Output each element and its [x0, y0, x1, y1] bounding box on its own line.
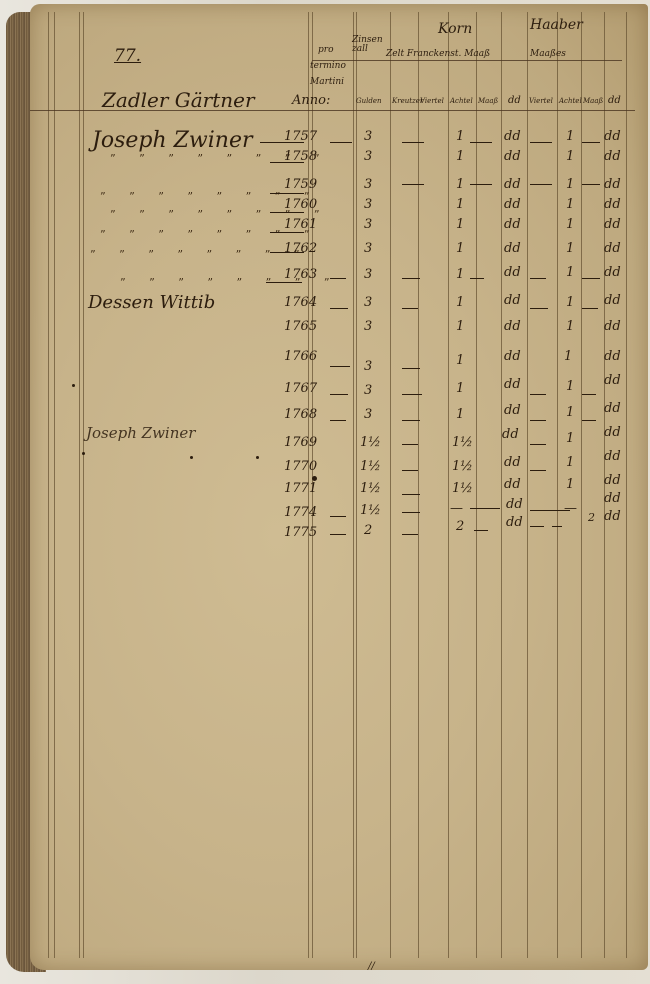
subhdr-korn-maass: Maaß: [478, 98, 498, 105]
haber-dd-cell: dd: [604, 402, 621, 415]
zins-cell: 3: [364, 218, 372, 231]
zins-cell: 3: [364, 178, 372, 191]
section-heading: Zadler Gärtner: [102, 90, 255, 110]
margin-line: [83, 12, 84, 958]
year-col-header-4: Anno:: [292, 94, 330, 107]
zins-cell: 3: [364, 360, 372, 373]
haber-cell: 1: [566, 150, 574, 163]
margin-line: [54, 12, 55, 958]
ink-blot: [72, 384, 75, 387]
ditto-marks: ” ” ” ” ” ” ” ”: [90, 248, 309, 261]
korn-cell: 1: [456, 242, 464, 255]
leader-line: [270, 193, 304, 194]
footer-mark: //: [368, 962, 375, 972]
subhdr-haber-viertel: Viertel: [529, 98, 553, 105]
year-cell: 1767: [284, 382, 328, 395]
leader-line: [270, 212, 304, 213]
haber-dd-cell: dd: [604, 150, 621, 163]
korn-cell: —: [450, 502, 463, 515]
korn-dd-cell: dd: [504, 218, 521, 231]
name-entry-2: Dessen Wittib: [88, 294, 215, 312]
column-line: [581, 12, 582, 958]
korn-dd-cell: dd: [504, 150, 521, 163]
column-line: [448, 12, 449, 958]
korn-group-title: Korn: [438, 22, 472, 36]
haber-cell: 1: [566, 296, 574, 309]
ledger-page: 77. Zadler Gärtner pro termino Martini A…: [30, 4, 648, 970]
korn-cell: 1: [456, 268, 464, 281]
zins-cell: 1½: [360, 504, 381, 517]
haber-cell: 1: [566, 218, 574, 231]
haber-group-subtitle: Maaßes: [530, 50, 566, 59]
column-line: [356, 12, 357, 958]
korn-cell: 1½: [452, 436, 473, 449]
subhdr-kreutzer: Kreutzer: [392, 98, 423, 105]
haber-dd-cell: dd: [604, 218, 621, 231]
zins-cell: 1½: [360, 482, 381, 495]
zins-cell: 3: [364, 296, 372, 309]
subhdr-haber-maass: Maaß: [583, 98, 603, 105]
korn-dd-cell: dd: [504, 320, 521, 333]
zins-cell: 3: [364, 150, 372, 163]
ink-blot: [82, 452, 85, 455]
year-cell: 1769: [284, 436, 328, 449]
year-cell: 1771: [284, 482, 328, 495]
haber-cell: —: [564, 502, 577, 515]
korn-cell: 1½: [452, 460, 473, 473]
haber-cell: 1: [566, 432, 574, 445]
korn-dd-cell: dd: [502, 428, 519, 441]
zins-cell: 3: [364, 198, 372, 211]
page-number: 77.: [114, 48, 141, 65]
korn-cell: 2: [456, 520, 464, 533]
korn-dd-cell: dd: [506, 498, 523, 511]
zins-cell: 2: [364, 524, 372, 537]
korn-cell: 1: [456, 408, 464, 421]
year-cell: 1774: [284, 506, 328, 519]
korn-cell: 1: [456, 130, 464, 143]
haber-cell: 1: [566, 266, 574, 279]
year-cell: 1762: [284, 242, 328, 255]
year-cell: 1766: [284, 350, 328, 363]
leader-line: [270, 232, 304, 233]
haber-cell: 1: [566, 380, 574, 393]
year-cell: 1757: [284, 130, 328, 143]
subhdr-korn-achtel: Achtel: [450, 98, 473, 105]
korn-dd-cell: dd: [506, 516, 523, 529]
year-col-header-3: Martini: [310, 78, 344, 87]
column-line: [626, 12, 627, 958]
name-entry-3: Joseph Zwiner: [86, 426, 195, 441]
korn-dd-cell: dd: [504, 294, 521, 307]
korn-dd-cell: dd: [504, 178, 521, 191]
korn-cell: 1: [456, 218, 464, 231]
column-line: [501, 12, 502, 958]
zins-cell: 3: [364, 268, 372, 281]
year-cell: 1761: [284, 218, 328, 231]
zins-cell: 3: [364, 242, 372, 255]
haber-cell: 1: [566, 456, 574, 469]
subhdr-gulden: Gulden: [356, 98, 381, 105]
year-cell: 1775: [284, 526, 328, 539]
year-col-header-1: pro: [318, 46, 333, 55]
leader-line: [266, 282, 302, 283]
korn-dd-cell: dd: [504, 478, 521, 491]
year-cell: 1768: [284, 408, 328, 421]
haber-cell: 1: [566, 406, 574, 419]
haber-dd-cell: dd: [604, 510, 621, 523]
haber-cell: 1: [564, 350, 572, 363]
haber-dd-cell: dd: [604, 320, 621, 333]
korn-cell: 1: [456, 382, 464, 395]
korn-cell: 1: [456, 150, 464, 163]
haber-cell: 1: [566, 198, 574, 211]
year-cell: 1763: [284, 268, 328, 281]
haber-dd-cell: dd: [604, 198, 621, 211]
margin-line: [48, 12, 49, 958]
haber-cell: 2: [588, 512, 595, 523]
ink-blot: [312, 476, 317, 481]
korn-cell: 1: [456, 178, 464, 191]
haber-dd-cell: dd: [604, 350, 621, 363]
column-line: [418, 12, 419, 958]
year-cell: 1764: [284, 296, 328, 309]
margin-line: [79, 12, 80, 958]
zins-cell: 3: [364, 130, 372, 143]
haber-dd-cell: dd: [604, 294, 621, 307]
haber-cell: 1: [566, 478, 574, 491]
year-cell: 1758: [284, 150, 328, 163]
korn-cell: 1½: [452, 482, 473, 495]
haber-dd-cell: dd: [604, 492, 621, 505]
zins-cell: 1½: [360, 436, 381, 449]
korn-dd-cell: dd: [504, 130, 521, 143]
zins-cell: 3: [364, 408, 372, 421]
haber-dd-cell: dd: [604, 374, 621, 387]
year-cell: 1759: [284, 178, 328, 191]
haber-cell: 1: [566, 320, 574, 333]
subhdr-haber-achtel: Achtel: [559, 98, 582, 105]
column-line: [557, 12, 558, 958]
korn-dd-cell: dd: [504, 378, 521, 391]
year-cell: 1760: [284, 198, 328, 211]
header-rule-upper: [312, 60, 622, 61]
ink-blot: [256, 456, 259, 459]
name-entry-1: Joseph Zwiner: [92, 130, 252, 152]
haber-dd-cell: dd: [604, 426, 621, 439]
subhdr-korn-dd: dd: [508, 96, 521, 106]
haber-cell: 1: [566, 178, 574, 191]
haber-group-title: Haaber: [530, 18, 583, 32]
column-line: [527, 12, 528, 958]
column-line: [353, 12, 354, 958]
haber-dd-cell: dd: [604, 242, 621, 255]
year-cell: 1770: [284, 460, 328, 473]
korn-group-subtitle: Zelt Franckenst. Maaß: [386, 50, 490, 59]
korn-dd-cell: dd: [504, 242, 521, 255]
korn-cell: 1: [456, 296, 464, 309]
korn-dd-cell: dd: [504, 404, 521, 417]
subhdr-korn-viertel: Viertel: [420, 98, 444, 105]
zins-cell: 3: [364, 384, 372, 397]
year-cell: 1765: [284, 320, 328, 333]
ink-blot: [190, 456, 193, 459]
haber-dd-cell: dd: [604, 130, 621, 143]
korn-cell: 1: [456, 198, 464, 211]
haber-cell: 1: [566, 242, 574, 255]
haber-dd-cell: dd: [604, 474, 621, 487]
zins-cell: 3: [364, 320, 372, 333]
haber-dd-cell: dd: [604, 450, 621, 463]
subhdr-haber-dd: dd: [608, 96, 621, 106]
korn-dd-cell: dd: [504, 266, 521, 279]
korn-dd-cell: dd: [504, 350, 521, 363]
haber-dd-cell: dd: [604, 266, 621, 279]
korn-dd-cell: dd: [504, 456, 521, 469]
haber-cell: 1: [566, 130, 574, 143]
column-line: [390, 12, 391, 958]
year-col-header-2: termino: [310, 62, 346, 71]
zins-cell: 1½: [360, 460, 381, 473]
column-line: [476, 12, 477, 958]
korn-dd-cell: dd: [504, 198, 521, 211]
korn-cell: 1: [456, 320, 464, 333]
korn-cell: 1: [456, 354, 464, 367]
haber-dd-cell: dd: [604, 178, 621, 191]
